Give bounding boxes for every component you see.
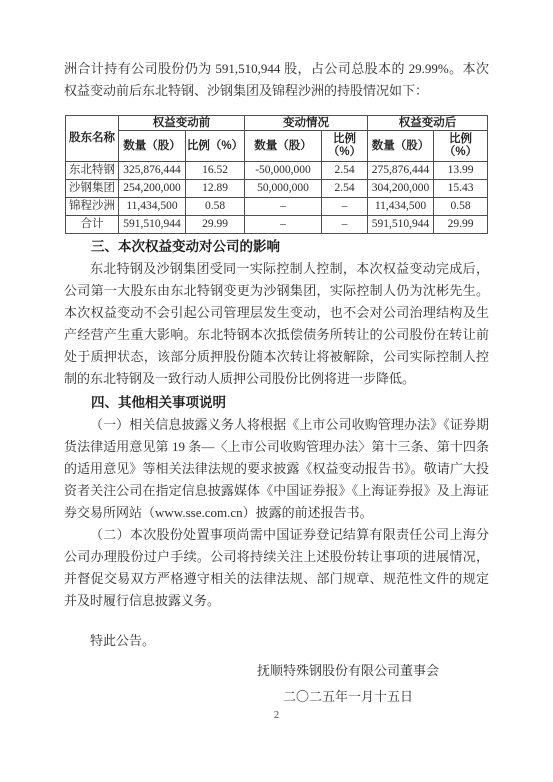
shareholding-table: 股东名称 权益变动前 变动情况 权益变动后 数量（股） 比例（%） 数量（股） … — [65, 115, 488, 234]
cell-before-qty: 11,434,500 — [119, 198, 186, 216]
cell-shareholder-name: 锦程沙洲 — [66, 198, 119, 216]
table-row: 沙钢集团 254,200,000 12.89 50,000,000 2.54 3… — [66, 180, 488, 198]
cell-after-pct: 15.43 — [434, 180, 488, 198]
cell-after-qty: 591,510,944 — [368, 216, 434, 234]
cell-shareholder-name: 合计 — [66, 216, 119, 234]
header-ratio-line1: 比例 — [434, 133, 487, 146]
section-3-heading: 三、本次权益变动对公司的影响 — [64, 236, 489, 258]
table-row-total: 合计 591,510,944 29.99 – – 591,510,944 29.… — [66, 216, 488, 234]
cell-after-pct: 29.99 — [434, 216, 488, 234]
page-content: 洲合计持有公司股份仍为 591,510,944 股，占公司总股本的 29.99%… — [64, 58, 489, 710]
section-3-paragraph: 东北特钢及沙钢集团受同一实际控制人控制，本次权益变动完成后，公司第一大股东由东北… — [64, 258, 489, 390]
cell-after-qty: 275,876,444 — [368, 162, 434, 180]
cell-before-pct: 16.52 — [186, 162, 245, 180]
header-ratio-line2: （%） — [322, 146, 367, 159]
header-ratio-line1: 比例 — [322, 133, 367, 146]
header-after-qty: 数量（股） — [368, 131, 434, 162]
cell-change-pct: – — [322, 198, 368, 216]
header-after-group: 权益变动后 — [368, 116, 488, 131]
cell-change-qty: 50,000,000 — [245, 180, 322, 198]
cell-change-qty: – — [245, 216, 322, 234]
cell-before-qty: 325,876,444 — [119, 162, 186, 180]
cell-before-qty: 254,200,000 — [119, 180, 186, 198]
header-before-group: 权益变动前 — [119, 116, 245, 131]
header-change-ratio: 比例 （%） — [322, 131, 368, 162]
cell-change-pct: – — [322, 216, 368, 234]
cell-before-qty: 591,510,944 — [119, 216, 186, 234]
cell-before-pct: 0.58 — [186, 198, 245, 216]
cell-after-qty: 304,200,000 — [368, 180, 434, 198]
signature-block: 抚顺特殊钢股份有限公司董事会 二〇二五年一月十五日 — [257, 658, 439, 710]
section-4-paragraph-2: （二）本次股份处置事项尚需中国证券登记结算有限责任公司上海分公司办理股份过户手续… — [64, 524, 489, 612]
cell-shareholder-name: 沙钢集团 — [66, 180, 119, 198]
announcement-page: 洲合计持有公司股份仍为 591,510,944 股，占公司总股本的 29.99%… — [0, 0, 553, 782]
cell-after-pct: 13.99 — [434, 162, 488, 180]
cell-change-qty: -50,000,000 — [245, 162, 322, 180]
cell-after-pct: 0.58 — [434, 198, 488, 216]
signature-company: 抚顺特殊钢股份有限公司董事会 — [257, 658, 439, 684]
cell-after-qty: 11,434,500 — [368, 198, 434, 216]
closing-statement: 特此公告。 — [64, 630, 489, 652]
cell-change-qty: – — [245, 198, 322, 216]
signature-date: 二〇二五年一月十五日 — [257, 684, 439, 710]
section-4-paragraph-1: （一）相关信息披露义务人将根据《上市公司收购管理办法》《证券期货法律适用意见第 … — [64, 414, 489, 524]
table-row: 东北特钢 325,876,444 16.52 -50,000,000 2.54 … — [66, 162, 488, 180]
header-before-qty: 数量（股） — [119, 131, 186, 162]
header-ratio-line2: （%） — [434, 146, 487, 159]
header-change-qty: 数量（股） — [245, 131, 322, 162]
section-4-heading: 四、其他相关事项说明 — [64, 392, 489, 414]
cell-before-pct: 29.99 — [186, 216, 245, 234]
header-after-ratio: 比例 （%） — [434, 131, 488, 162]
header-before-ratio: 比例（%） — [186, 131, 245, 162]
cell-change-pct: 2.54 — [322, 162, 368, 180]
table-header-row-2: 数量（股） 比例（%） 数量（股） 比例 （%） 数量（股） 比例 （%） — [66, 131, 488, 162]
table-row: 锦程沙洲 11,434,500 0.58 – – 11,434,500 0.58 — [66, 198, 488, 216]
cell-change-pct: 2.54 — [322, 180, 368, 198]
page-number: 2 — [0, 710, 553, 721]
header-shareholder: 股东名称 — [66, 116, 119, 162]
table-header-row-1: 股东名称 权益变动前 变动情况 权益变动后 — [66, 116, 488, 131]
cell-before-pct: 12.89 — [186, 180, 245, 198]
cell-shareholder-name: 东北特钢 — [66, 162, 119, 180]
header-change-group: 变动情况 — [245, 116, 368, 131]
intro-paragraph: 洲合计持有公司股份仍为 591,510,944 股，占公司总股本的 29.99%… — [64, 58, 489, 102]
